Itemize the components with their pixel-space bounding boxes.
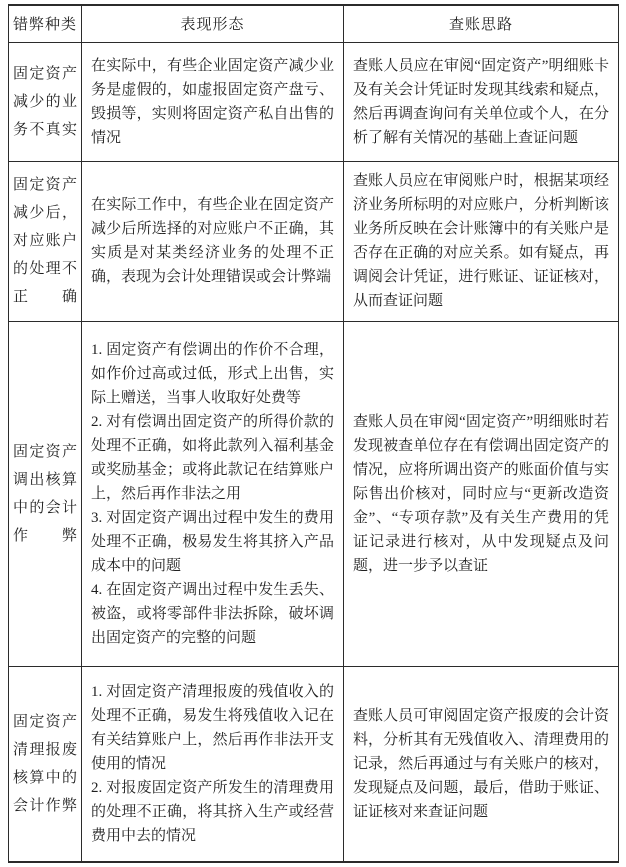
cell-audit-approach: 查账人员在审阅“固定资产”明细账时若发现被查单位存在有偿调出固定资产的情况，应将… <box>344 321 619 666</box>
header-row: 错弊种类 表现形态 查账思路 <box>9 5 619 42</box>
cell-manifestation: 在实际中，有些企业固定资产减少业务是虚假的，如虚报固定资产盘亏、毁损等，实则将固… <box>82 42 344 161</box>
document-page: 错弊种类 表现形态 查账思路 固定资产减少的业务不真实 在实际中，有些企业固定资… <box>0 0 626 867</box>
paragraph: 查账人员应在审阅账户时，根据某项经济业务所标明的对应账户，分析判断该业务所反映在… <box>353 169 609 313</box>
cell-manifestation: 1. 固定资产有偿调出的作价不合理，如作价过高或过低，形式上出售，实际上赠送，当… <box>82 321 344 666</box>
paragraph: 查账人员可审阅固定资产报废的会计资料，分析其有无残值收入、清理费用的记录，然后再… <box>353 704 609 824</box>
cell-error-type: 固定资产调出核算中的会计作弊 <box>9 321 82 666</box>
fixed-asset-audit-table: 错弊种类 表现形态 查账思路 固定资产减少的业务不真实 在实际中，有些企业固定资… <box>8 4 619 863</box>
cell-audit-approach: 查账人员应在审阅账户时，根据某项经济业务所标明的对应账户，分析判断该业务所反映在… <box>344 161 619 321</box>
table-row: 固定资产清理报废核算中的会计作弊 1. 对固定资产清理报废的残值收入的处理不正确… <box>9 666 619 862</box>
paragraph: 查账人员应在审阅“固定资产”明细账卡及有关会计凭证时发现其线索和疑点，然后再调查… <box>353 54 609 150</box>
cell-manifestation: 1. 对固定资产清理报废的残值收入的处理不正确，易发生将残值收入记在有关结算账户… <box>82 666 344 862</box>
numbered-item: 2. 对有偿调出固定资产的所得价款的处理不正确，如将此款列入福利基金或奖励基金；… <box>91 410 334 506</box>
cell-audit-approach: 查账人员应在审阅“固定资产”明细账卡及有关会计凭证时发现其线索和疑点，然后再调查… <box>344 42 619 161</box>
table-row: 固定资产调出核算中的会计作弊 1. 固定资产有偿调出的作价不合理，如作价过高或过… <box>9 321 619 666</box>
numbered-item: 3. 对固定资产调出过程中发生的费用处理不正确，极易发生将其挤入产品成本中的问题 <box>91 506 334 578</box>
numbered-item: 4. 在固定资产调出过程中发生丢失、被盗，或将零部件非法拆除，破坏调出固定资产的… <box>91 578 334 650</box>
cell-error-type: 固定资产清理报废核算中的会计作弊 <box>9 666 82 862</box>
paragraph: 在实际中，有些企业固定资产减少业务是虚假的，如虚报固定资产盘亏、毁损等，实则将固… <box>91 54 334 150</box>
cell-manifestation: 在实际工作中，有些企业在固定资产减少后所选择的对应账户不正确，其实质是对某类经济… <box>82 161 344 321</box>
table-row: 固定资产减少的业务不真实 在实际中，有些企业固定资产减少业务是虚假的，如虚报固定… <box>9 42 619 161</box>
numbered-item: 1. 对固定资产清理报废的残值收入的处理不正确，易发生将残值收入记在有关结算账户… <box>91 680 334 776</box>
table-row: 固定资产减少后，对应账户的处理不正确 在实际工作中，有些企业在固定资产减少后所选… <box>9 161 619 321</box>
cell-error-type: 固定资产减少的业务不真实 <box>9 42 82 161</box>
column-header-error-type: 错弊种类 <box>9 5 82 42</box>
column-header-manifestation: 表现形态 <box>82 5 344 42</box>
paragraph: 查账人员在审阅“固定资产”明细账时若发现被查单位存在有偿调出固定资产的情况，应将… <box>353 410 609 578</box>
numbered-item: 2. 对报废固定资产所发生的清理费用的处理不正确，将其挤入生产或经营费用中去的情… <box>91 776 334 848</box>
cell-error-type: 固定资产减少后，对应账户的处理不正确 <box>9 161 82 321</box>
column-header-audit-approach: 查账思路 <box>344 5 619 42</box>
numbered-item: 1. 固定资产有偿调出的作价不合理，如作价过高或过低，形式上出售，实际上赠送，当… <box>91 338 334 410</box>
paragraph: 在实际工作中，有些企业在固定资产减少后所选择的对应账户不正确，其实质是对某类经济… <box>91 193 334 289</box>
cell-audit-approach: 查账人员可审阅固定资产报废的会计资料，分析其有无残值收入、清理费用的记录，然后再… <box>344 666 619 862</box>
